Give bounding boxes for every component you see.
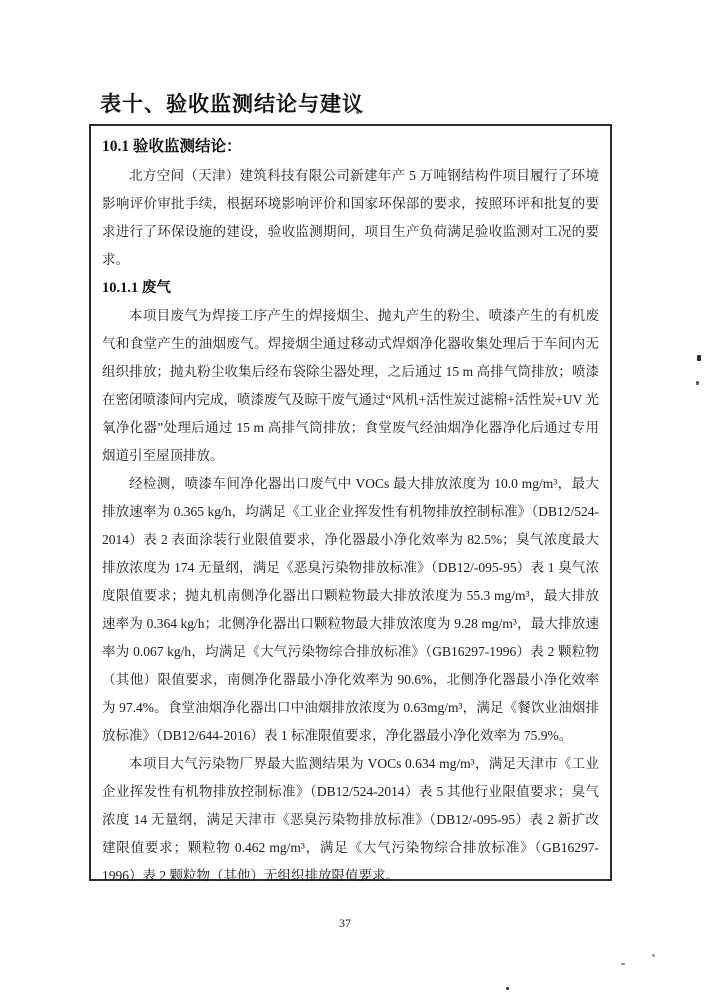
conclusion-box: 10.1 验收监测结论： 北方空间（天津）建筑科技有限公司新建年产 5 万吨钢结… — [89, 124, 612, 881]
waste-gas-overview-paragraph: 本项目废气为焊接工序产生的焊接烟尘、抛丸产生的粉尘、喷漆产生的有机废气和食堂产生… — [102, 302, 599, 470]
scan-artifact — [356, 111, 359, 114]
boundary-monitoring-paragraph: 本项目大气污染物厂界最大监测结果为 VOCs 0.634 mg/m³，满足天津市… — [102, 750, 599, 890]
scan-artifact — [696, 381, 699, 385]
stack-monitoring-paragraph: 经检测，喷漆车间净化器出口废气中 VOCs 最大排放浓度为 10.0 mg/m³… — [102, 470, 599, 750]
section-10-1-heading: 10.1 验收监测结论： — [102, 132, 599, 162]
intro-paragraph: 北方空间（天津）建筑科技有限公司新建年产 5 万吨钢结构件项目履行了环境影响评价… — [102, 162, 599, 274]
document-page: 表十、验收监测结论与建议 10.1 验收监测结论： 北方空间（天津）建筑科技有限… — [0, 0, 706, 1000]
scan-artifact — [621, 963, 625, 965]
page-number: 37 — [0, 916, 698, 931]
scan-artifact — [697, 355, 701, 361]
scan-artifact — [652, 954, 655, 957]
section-10-1-1-heading: 10.1.1 废气 — [102, 274, 599, 302]
scan-artifact — [506, 987, 509, 990]
page-title: 表十、验收监测结论与建议 — [100, 88, 364, 118]
